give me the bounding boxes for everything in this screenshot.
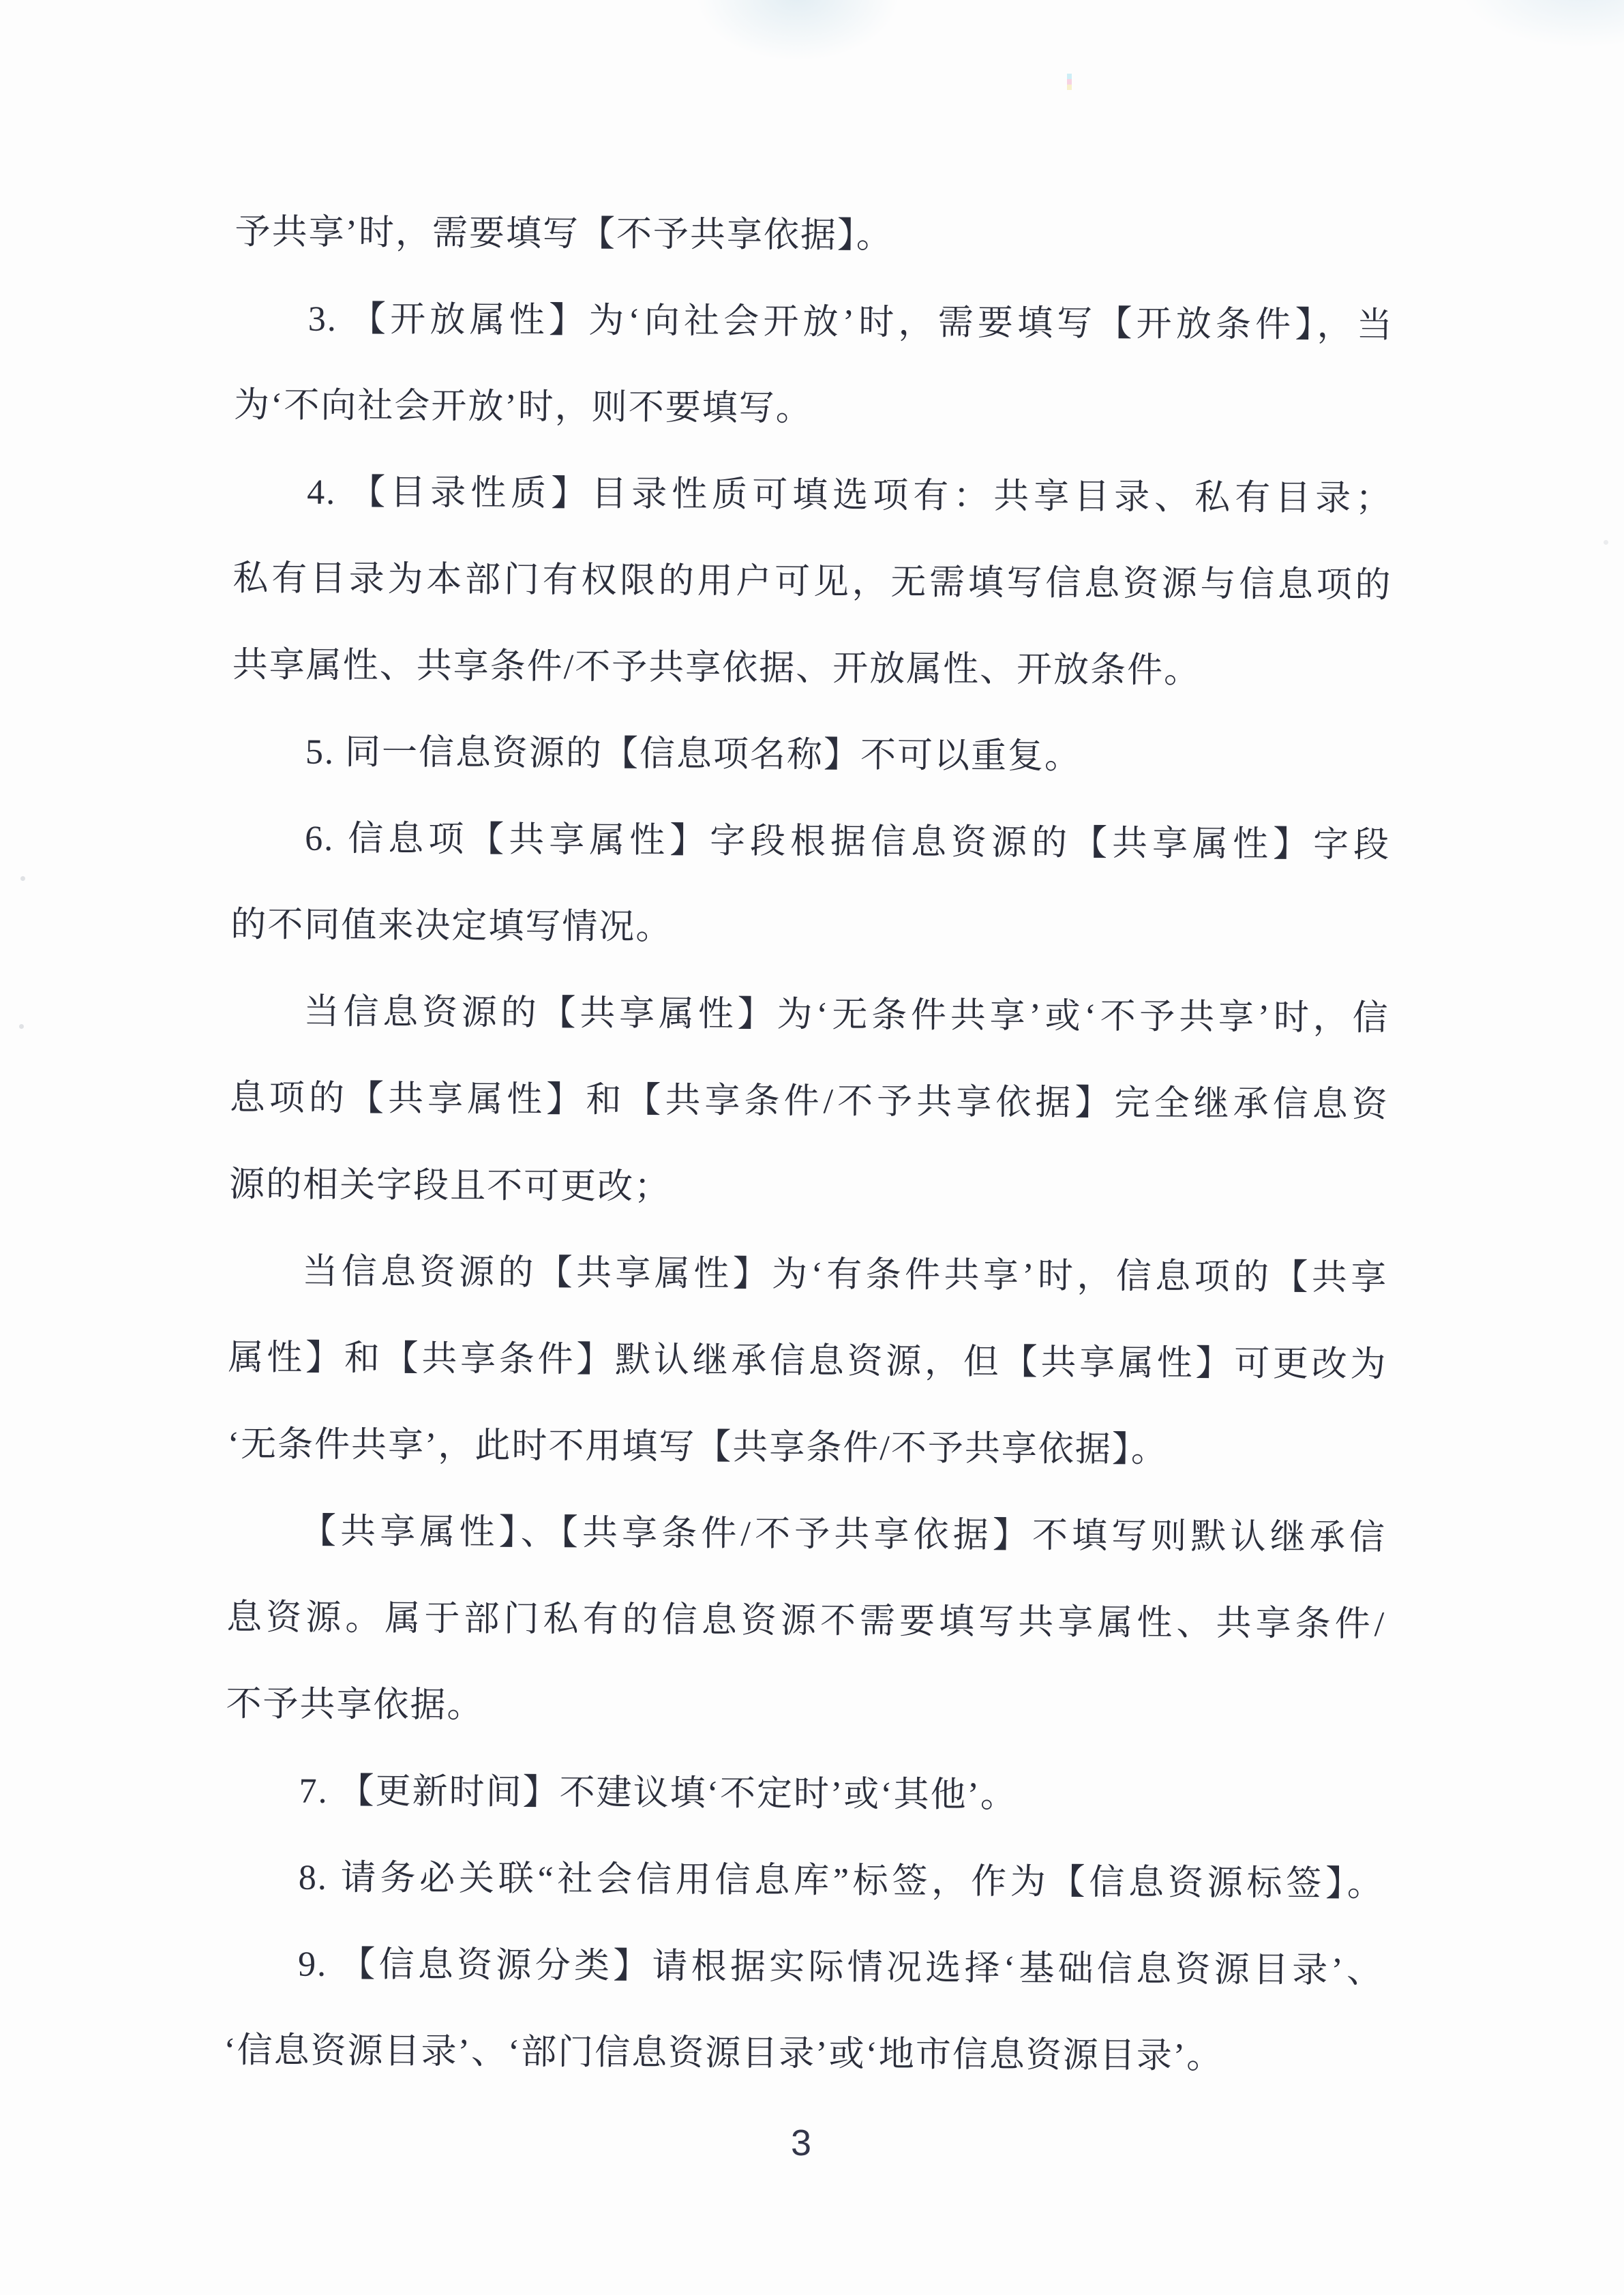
text-line: 6. 信息项【共享属性】字段根据信息资源的【共享属性】字段 xyxy=(231,795,1391,888)
text-line: 不予共享依据。 xyxy=(226,1661,1385,1754)
text-line: 的不同值来决定填写情况。 xyxy=(230,882,1390,975)
text-line: 8. 请务必关联“社会信用信息库”标签，作为【信息资源标签】。 xyxy=(224,1834,1384,1927)
text-line: 【共享属性】、【共享条件/不予共享依据】不填写则默认继承信 xyxy=(227,1488,1387,1581)
scan-speck xyxy=(19,1024,24,1029)
document-page: 予共享’时，需要填写【不予共享依据】。3. 【开放属性】为‘向社会开放’时，需要… xyxy=(0,0,1624,2295)
scan-smudge-top-right xyxy=(1459,0,1624,48)
body-text: 予共享’时，需要填写【不予共享依据】。3. 【开放属性】为‘向社会开放’时，需要… xyxy=(224,189,1394,2101)
text-line: 予共享’时，需要填写【不予共享依据】。 xyxy=(235,189,1394,282)
text-line: 5. 同一信息资源的【信息项名称】不可以重复。 xyxy=(232,708,1392,802)
text-line: 3. 【开放属性】为‘向社会开放’时，需要填写【开放条件】，当 xyxy=(234,275,1394,369)
scan-smudge-top-left xyxy=(695,0,900,61)
scan-speck xyxy=(1604,540,1608,545)
text-line: ‘信息资源目录’、‘部门信息资源目录’或‘地市信息资源目录’。 xyxy=(224,2007,1383,2101)
page-number: 3 xyxy=(0,2122,1613,2164)
text-line: 私有目录为本部门有权限的用户可见，无需填写信息资源与信息项的 xyxy=(232,535,1392,629)
text-line: 息项的【共享属性】和【共享条件/不予共享依据】完全继承信息资 xyxy=(229,1055,1389,1148)
scan-color-dot-artifact xyxy=(1067,74,1072,94)
text-line: 属性】和【共享条件】默认继承信息资源，但【共享属性】可更改为 xyxy=(228,1315,1387,1408)
scan-speck xyxy=(20,876,25,881)
text-line: 7. 【更新时间】不建议填‘不定时’或‘其他’。 xyxy=(225,1747,1385,1841)
text-line: 当信息资源的【共享属性】为‘无条件共享’或‘不予共享’时，信 xyxy=(230,968,1389,1062)
text-line: 共享属性、共享条件/不予共享依据、开放属性、开放条件。 xyxy=(232,622,1392,715)
text-line: 源的相关字段且不可更改； xyxy=(229,1141,1389,1235)
text-line: 当信息资源的【共享属性】为‘有条件共享’时，信息项的【共享 xyxy=(228,1228,1388,1321)
text-line: 息资源。属于部门私有的信息资源不需要填写共享属性、共享条件/ xyxy=(226,1574,1386,1668)
text-line: 4. 【目录性质】目录性质可填选项有：共享目录、私有目录； xyxy=(233,449,1393,542)
text-line: 为‘不向社会开放’时，则不要填写。 xyxy=(234,362,1394,455)
text-line: 9. 【信息资源分类】请根据实际情况选择‘基础信息资源目录’、 xyxy=(224,1921,1384,2014)
text-line: ‘无条件共享’，此时不用填写【共享条件/不予共享依据】。 xyxy=(227,1401,1387,1495)
